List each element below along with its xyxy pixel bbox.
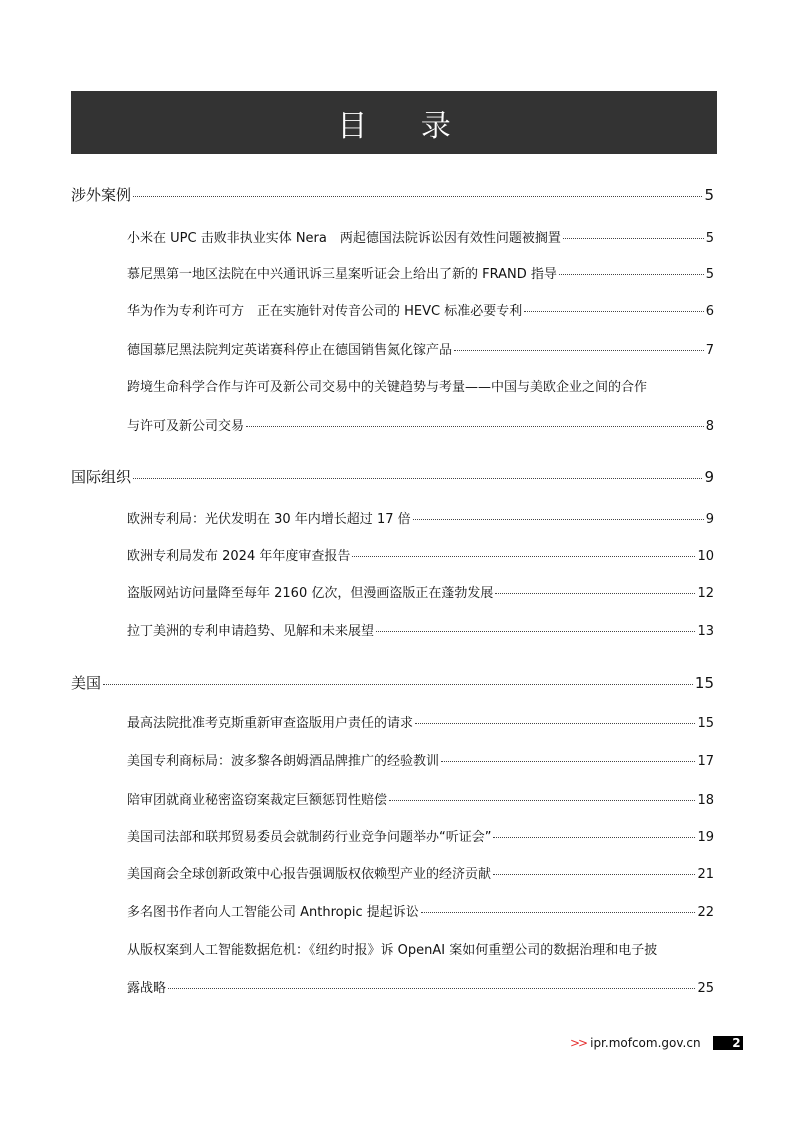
toc-item-title: 最高法院批准考克斯重新审查盗版用户责任的请求 (127, 712, 413, 731)
dot-leader (133, 478, 702, 479)
toc-item-title: 盗版网站访问量降至每年 2160 亿次，但漫画盗版正在蓬勃发展 (127, 582, 493, 601)
toc-item-row[interactable]: 美国商会全球创新政策中心报告强调版权依赖型产业的经济贡献 21 (127, 863, 714, 882)
toc-item-title: 慕尼黑第一地区法院在中兴通讯诉三星案听证会上给出了新的 FRAND 指导 (127, 263, 557, 282)
toc-page-number: 15 (695, 674, 714, 692)
toc-item-row[interactable]: 欧洲专利局：光伏发明在 30 年内增长超过 17 倍 9 (127, 508, 714, 527)
toc-page-number: 17 (697, 754, 714, 769)
toc-page-number: 13 (697, 624, 714, 639)
toc-title-banner: 目 录 (71, 91, 717, 154)
toc-item-title: 拉丁美洲的专利申请趋势、见解和未来展望 (127, 620, 374, 639)
toc-item-row[interactable]: 小米在 UPC 击败非执业实体 Nera 两起德国法院诉讼因有效性问题被搁置 5 (127, 227, 714, 246)
toc-item-row-line1[interactable]: 从版权案到人工智能数据危机：《纽约时报》诉 OpenAI 案如何重塑公司的数据治… (127, 939, 724, 958)
toc-item-row[interactable]: 华为作为专利许可方 正在实施针对传音公司的 HEVC 标准必要专利 6 (127, 300, 714, 319)
toc-page-number: 5 (706, 267, 714, 282)
dot-leader (493, 874, 695, 875)
toc-item-row[interactable]: 最高法院批准考克斯重新审查盗版用户责任的请求 15 (127, 712, 714, 731)
toc-page-number: 10 (697, 549, 714, 564)
toc-page-number: 9 (706, 512, 714, 527)
toc-item-row[interactable]: 慕尼黑第一地区法院在中兴通讯诉三星案听证会上给出了新的 FRAND 指导 5 (127, 263, 714, 282)
toc-page-number: 25 (697, 981, 714, 996)
toc-item-title: 欧洲专利局发布 2024 年年度审查报告 (127, 545, 350, 564)
toc-item-title: 美国商会全球创新政策中心报告强调版权依赖型产业的经济贡献 (127, 863, 491, 882)
toc-item-title: 多名图书作者向人工智能公司 Anthropic 提起诉讼 (127, 901, 419, 920)
site-url[interactable]: ipr.mofcom.gov.cn (590, 1036, 700, 1050)
dot-leader (389, 800, 695, 801)
toc-page-number: 8 (706, 419, 714, 434)
toc-page-number: 6 (706, 304, 714, 319)
toc-page-number: 18 (697, 793, 714, 808)
toc-item-row[interactable]: 陪审团就商业秘密盗窃案裁定巨额惩罚性赔偿 18 (127, 789, 714, 808)
dot-leader (559, 274, 704, 275)
dot-leader (454, 350, 704, 351)
dot-leader (352, 556, 695, 557)
toc-item-title: 德国慕尼黑法院判定英诺赛科停止在德国销售氮化镓产品 (127, 339, 452, 358)
toc-item-title: 与许可及新公司交易 (127, 415, 244, 434)
toc-item-title: 欧洲专利局：光伏发明在 30 年内增长超过 17 倍 (127, 508, 411, 527)
toc-item-title: 小米在 UPC 击败非执业实体 Nera 两起德国法院诉讼因有效性问题被搁置 (127, 227, 561, 246)
dot-leader (168, 988, 695, 989)
dot-leader (495, 593, 695, 594)
toc-item-title: 美国司法部和联邦贸易委员会就制药行业竞争问题举办“听证会” (127, 826, 491, 845)
toc-page-number: 15 (697, 716, 714, 731)
toc-item-title-line1: 从版权案到人工智能数据危机：《纽约时报》诉 OpenAI 案如何重塑公司的数据治… (127, 939, 657, 958)
toc-section-title: 涉外案例 (71, 184, 131, 205)
toc-item-row-line1[interactable]: 跨境生命科学合作与许可及新公司交易中的关键趋势与考量——中国与美欧企业之间的合作 (127, 376, 724, 395)
toc-item-row[interactable]: 露战略 25 (127, 977, 714, 996)
dot-leader (415, 723, 695, 724)
toc-page-number: 22 (697, 905, 714, 920)
toc-page-number: 9 (704, 468, 714, 486)
toc-section-title: 国际组织 (71, 466, 131, 487)
dot-leader (376, 631, 695, 632)
dot-leader (103, 684, 693, 685)
toc-item-row[interactable]: 美国专利商标局：波多黎各朗姆酒品牌推广的经验教训 17 (127, 750, 714, 769)
page-footer: >> ipr.mofcom.gov.cn 2 (570, 1036, 743, 1050)
page-number-badge: 2 (713, 1036, 743, 1050)
toc-page-number: 12 (697, 586, 714, 601)
page-title: 目 录 (315, 101, 473, 145)
toc-item-title: 华为作为专利许可方 正在实施针对传音公司的 HEVC 标准必要专利 (127, 300, 522, 319)
dot-leader (524, 311, 703, 312)
toc-item-row[interactable]: 德国慕尼黑法院判定英诺赛科停止在德国销售氮化镓产品 7 (127, 339, 714, 358)
toc-page-number: 7 (706, 343, 714, 358)
dot-leader (246, 426, 704, 427)
toc-item-title: 美国专利商标局：波多黎各朗姆酒品牌推广的经验教训 (127, 750, 439, 769)
toc-page-number: 5 (706, 231, 714, 246)
toc-item-row[interactable]: 美国司法部和联邦贸易委员会就制药行业竞争问题举办“听证会” 19 (127, 826, 714, 845)
toc-page-number: 5 (704, 186, 714, 204)
toc-item-title-line1: 跨境生命科学合作与许可及新公司交易中的关键趋势与考量——中国与美欧企业之间的合作 (127, 376, 647, 395)
toc-section-row[interactable]: 涉外案例 5 (71, 184, 714, 205)
toc-item-row[interactable]: 多名图书作者向人工智能公司 Anthropic 提起诉讼 22 (127, 901, 714, 920)
dot-leader (441, 761, 695, 762)
toc-item-title: 陪审团就商业秘密盗窃案裁定巨额惩罚性赔偿 (127, 789, 387, 808)
toc-item-row[interactable]: 拉丁美洲的专利申请趋势、见解和未来展望 13 (127, 620, 714, 639)
dot-leader (563, 238, 704, 239)
toc-section-title: 美国 (71, 672, 101, 693)
toc-item-row[interactable]: 欧洲专利局发布 2024 年年度审查报告 10 (127, 545, 714, 564)
toc-item-row[interactable]: 盗版网站访问量降至每年 2160 亿次，但漫画盗版正在蓬勃发展 12 (127, 582, 714, 601)
dot-leader (133, 196, 702, 197)
dot-leader (421, 912, 696, 913)
toc-section-row[interactable]: 美国 15 (71, 672, 714, 693)
toc-page-number: 19 (697, 830, 714, 845)
dot-leader (413, 519, 704, 520)
toc-item-row[interactable]: 与许可及新公司交易 8 (127, 415, 714, 434)
toc-item-title: 露战略 (127, 977, 166, 996)
toc-page-number: 21 (697, 867, 714, 882)
double-chevron-icon: >> (570, 1036, 586, 1050)
dot-leader (493, 837, 695, 838)
toc-section-row[interactable]: 国际组织 9 (71, 466, 714, 487)
